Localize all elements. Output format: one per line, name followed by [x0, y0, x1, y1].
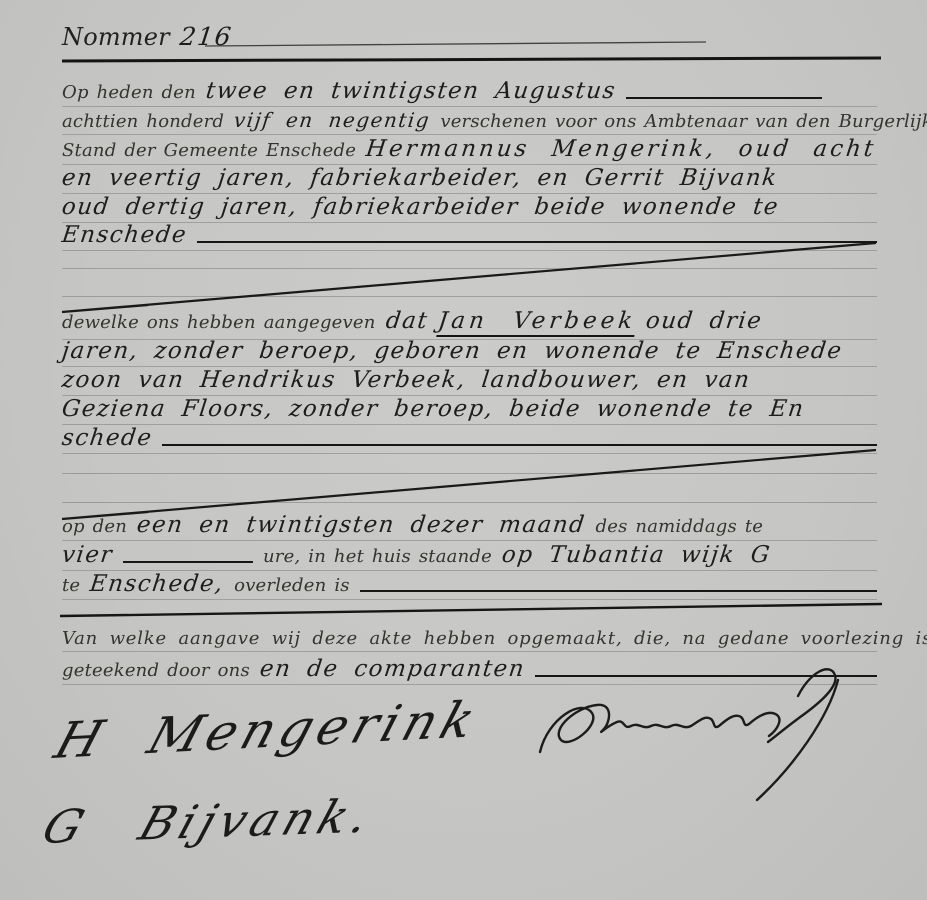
filler-line — [197, 241, 877, 243]
act-death-line-2: vier ure, in het huis staande op Tubanti… — [62, 542, 877, 568]
act-declaration-line-4: Geziena Floors, zonder beroep, beide won… — [62, 396, 877, 422]
header-row: Nommer 216 — [62, 22, 877, 51]
blank-ruled-line — [62, 268, 877, 269]
act-death-line-3: te Enschede, overleden is — [62, 571, 877, 597]
print-text: Van welke aangave wij deze akte hebben o… — [62, 628, 927, 649]
hand-text-mother: Geziena Floors, zonder beroep, beide won… — [60, 396, 806, 422]
section-divider-rule — [60, 604, 882, 616]
hand-text-hour: vier — [60, 542, 114, 568]
act-opening-line-5: oud dertig jaren, fabriekarbeider beide … — [62, 194, 877, 220]
print-text: Stand der Gemeente Enschede — [62, 140, 356, 161]
act-opening-line-4: en veertig jaren, fabriekarbeider, en Ge… — [62, 165, 877, 191]
witness1-signature: H Mengerink — [48, 690, 487, 770]
act-declaration-line-1: dewelke ons hebben aangegeven dat Jan Ve… — [62, 308, 877, 337]
act-closing-line-2: geteekend door ons en de comparanten — [62, 656, 877, 682]
act-declaration-line-2: jaren, zonder beroep, geboren en wonende… — [62, 338, 877, 364]
hand-text-father: zoon van Hendrikus Verbeek, landbouwer, … — [60, 367, 752, 393]
nommer-label: Nommer — [62, 23, 170, 51]
act-closing-line-1: Van welke aangave wij deze akte hebben o… — [62, 628, 877, 649]
print-text: verschenen voor ons Ambtenaar van den Bu… — [440, 111, 927, 132]
deceased-name: Jan Verbeek — [436, 308, 638, 337]
act-number: 216 — [178, 22, 234, 51]
filler-line — [123, 561, 253, 563]
header-rule — [62, 58, 881, 61]
hand-text: oud dertig jaren, fabriekarbeider beide … — [60, 194, 780, 220]
hand-text-declarant-1: Hermannus Mengerink, oud acht — [365, 136, 878, 162]
hand-text: dat — [384, 308, 429, 334]
act-opening-line-1: Op heden den twee en twintigsten Augustu… — [62, 78, 877, 104]
hand-text-place: Enschede, — [89, 571, 226, 597]
hand-text: schede — [60, 425, 154, 451]
filler-line — [162, 444, 877, 446]
print-text: te — [62, 575, 80, 596]
diagonal-strike-1 — [62, 243, 876, 312]
blank-ruled-line — [62, 473, 877, 474]
act-declaration-line-3: zoon van Hendrikus Verbeek, landbouwer, … — [62, 367, 877, 393]
witness2-signature: G Bijvank. — [36, 789, 381, 854]
act-declaration-line-5: schede — [62, 425, 877, 451]
hand-text-place: Enschede — [60, 222, 188, 248]
filler-line — [535, 675, 877, 677]
hand-text-comparanten: en de comparanten — [258, 656, 526, 682]
hand-text: en veertig jaren, fabriekarbeider, en Ge… — [60, 165, 779, 191]
act-opening-line-3: Stand der Gemeente Enschede Hermannus Me… — [62, 136, 877, 162]
blank-ruled-line — [62, 296, 877, 297]
registrar-signature — [540, 669, 838, 800]
hand-text: oud drie — [644, 308, 764, 334]
hand-text-year: vijf en negentig — [233, 108, 432, 132]
hand-text-death-date: een en twintigsten dezer maand — [135, 512, 587, 538]
diagonal-strike-2 — [62, 450, 876, 519]
hand-text-date: twee en twintigsten Augustus — [204, 78, 617, 104]
print-text: des namiddags te — [596, 516, 764, 537]
print-text: achttien honderd — [62, 111, 224, 132]
print-text: ure, in het huis staande — [263, 546, 492, 567]
print-text: op den — [62, 516, 127, 537]
hand-text-address: op Tubantia wijk G — [500, 542, 772, 568]
death-certificate-scan: Nommer 216 Op heden den twee en twintigs… — [0, 0, 927, 900]
print-text: Op heden den — [62, 82, 196, 103]
blank-ruled-line — [62, 502, 877, 503]
print-text: overleden is — [234, 575, 350, 596]
print-text: geteekend door ons — [62, 660, 250, 681]
act-opening-line-6: Enschede — [62, 222, 877, 248]
filler-line — [626, 97, 822, 99]
spacer — [832, 103, 877, 104]
hand-text: jaren, zonder beroep, geboren en wonende… — [60, 338, 844, 364]
filler-line — [360, 590, 877, 592]
act-opening-line-2: achttien honderd vijf en negentig versch… — [62, 108, 877, 132]
print-text: dewelke ons hebben aangegeven — [62, 312, 376, 333]
act-death-line-1: op den een en twintigsten dezer maand de… — [62, 512, 877, 538]
